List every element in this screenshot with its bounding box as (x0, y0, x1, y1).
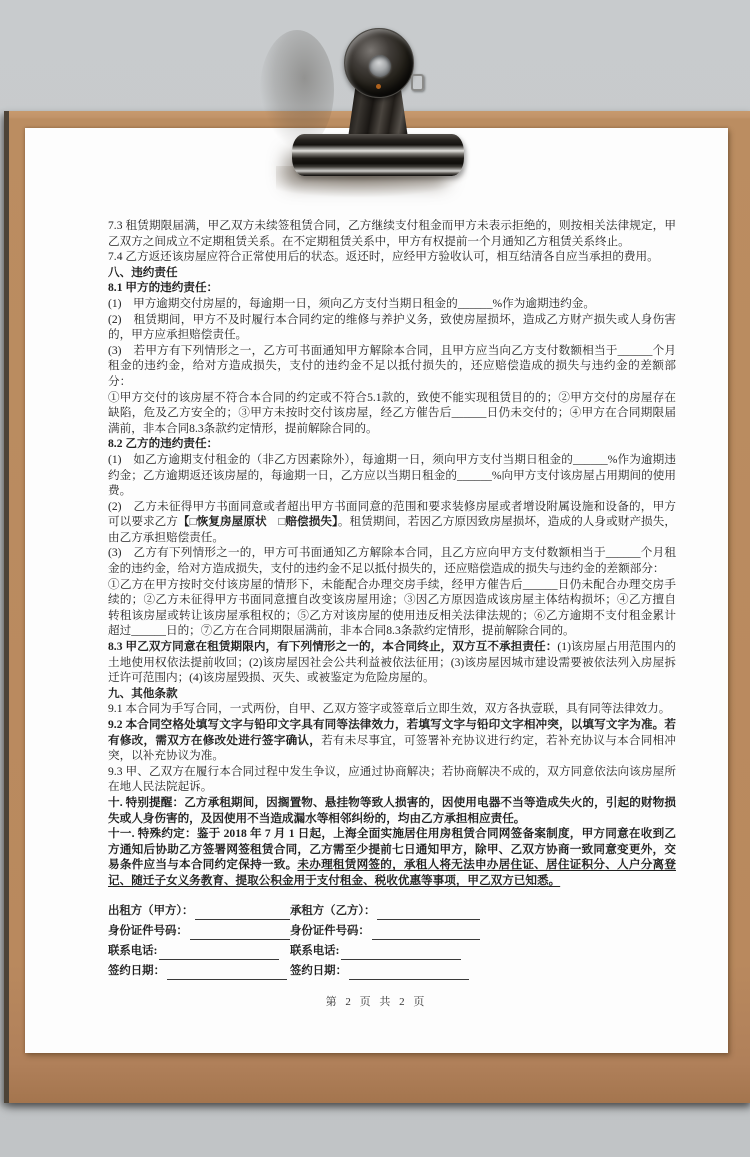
text-run: (1) 甲方逾期交付房屋的，每逾期一日，须向乙方支付当期日租金的______%作… (108, 297, 595, 310)
signature-label: 签约日期： (290, 964, 347, 980)
clipboard-layer: 7.3 租赁期限届满，甲乙双方未续签租赁合同，乙方继续支付租金而甲方未表示拒绝的… (4, 111, 748, 1103)
paragraph: 9.3 甲、乙双方在履行本合同过程中发生争议，应通过协商解决；若协商解决不成的，… (108, 764, 676, 795)
paragraph: (3) 乙方有下列情形之一的，甲方可书面通知乙方解除本合同，且乙方应向甲方支付数… (108, 545, 676, 576)
paragraph: 9.2 本合同空格处填写文字与铅印文字具有同等法律效力，若填写文字与铅印文字相冲… (108, 717, 676, 764)
signature-blank-line (159, 947, 279, 960)
signature-row: 出租方（甲方）： (108, 903, 290, 920)
paragraph: 十一. 特殊约定：鉴于 2018 年 7 月 1 日起，上海全面实施居住用房租赁… (108, 826, 676, 888)
text-run: 9.3 甲、乙双方在履行本合同过程中发生争议，应通过协商解决；若协商解决不成的，… (108, 765, 676, 794)
signature-row: 身份证件号码： (290, 923, 480, 940)
paragraph: (3) 若甲方有下列情形之一，乙方可书面通知甲方解除本合同，且甲方应当向乙方支付… (108, 343, 676, 390)
signature-blank-line (377, 907, 480, 920)
text-run: 8.1 甲方的违约责任： (108, 281, 218, 294)
text-run: (3) 乙方有下列情形之一的，甲方可书面通知乙方解除本合同，且乙方应向甲方支付数… (108, 546, 676, 575)
paragraph: 8.3 甲乙双方同意在租赁期限内，有下列情形之一的，本合同终止，双方互不承担责任… (108, 639, 676, 686)
page-number: 第 2 页 共 2 页 (25, 993, 728, 1009)
text-run: ①乙方在甲方按时交付该房屋的情形下，未能配合办理交房手续，经甲方催告后_____… (108, 578, 676, 638)
signature-label: 签约日期： (108, 964, 165, 980)
signature-blank-line (195, 907, 290, 920)
desk-background: { "scene": { "object": "metal-binder-cli… (0, 0, 750, 1157)
paragraph: 九、其他条款 (108, 686, 676, 702)
binder-clip (288, 26, 468, 178)
text-run: (2) 租赁期间，甲方不及时履行本合同约定的维修与养护义务，致使房屋损坏，造成乙… (108, 313, 676, 342)
signature-label: 出租方（甲方）： (108, 904, 193, 920)
contract-body: 7.3 租赁期限届满，甲乙双方未续签租赁合同，乙方继续支付租金而甲方未表示拒绝的… (25, 128, 728, 983)
signature-blank-line (341, 947, 461, 960)
paragraph: (1) 甲方逾期交付房屋的，每逾期一日，须向乙方支付当期日租金的______%作… (108, 296, 676, 312)
clip-bar (292, 134, 464, 176)
contract-paper: 7.3 租赁期限届满，甲乙双方未续签租赁合同，乙方继续支付租金而甲方未表示拒绝的… (25, 128, 728, 1053)
paragraph: 9.1 本合同为手写合同，一式两份，自甲、乙双方签字或签章后立即生效，双方各执壹… (108, 701, 676, 717)
paragraph: (1) 如乙方逾期支付租金的（非乙方因素除外），每逾期一日，须向甲方支付当期日租… (108, 452, 676, 499)
paragraph: (2) 乙方未征得甲方书面同意或者超出甲方书面同意的范围和要求装修房屋或者增设附… (108, 499, 676, 546)
text-run: 十. 特别提醒：乙方承租期间，因搁置物、悬挂物等致人损害的，因使用电器不当等造成… (108, 796, 676, 825)
text-run: 【□恢复房屋原状 □赔偿损失】 (178, 515, 338, 528)
signature-row: 签约日期： (108, 963, 290, 980)
signature-row: 签约日期： (290, 963, 480, 980)
signature-row: 承租方（乙方）： (290, 903, 480, 920)
text-run: ①甲方交付的该房屋不符合本合同的约定或不符合5.1款的，致使不能实现租赁目的的；… (108, 391, 676, 435)
signature-blank-line (167, 967, 287, 980)
paragraph: 7.3 租赁期限届满，甲乙双方未续签租赁合同，乙方继续支付租金而甲方未表示拒绝的… (108, 218, 676, 249)
signature-label: 联系电话: (290, 944, 339, 960)
text-run: (1) 如乙方逾期支付租金的（非乙方因素除外），每逾期一日，须向甲方支付当期日租… (108, 453, 676, 497)
signature-label: 联系电话: (108, 944, 157, 960)
signature-column-lessor: 出租方（甲方）：身份证件号码：联系电话:签约日期： (108, 903, 290, 983)
clip-hole (369, 55, 391, 77)
text-run: 8.2 乙方的违约责任： (108, 437, 218, 450)
paragraph: 7.4 乙方返还该房屋应符合正常使用后的状态。返还时，应经甲方验收认可，相互结清… (108, 249, 676, 265)
signature-block: 出租方（甲方）：身份证件号码：联系电话:签约日期：承租方（乙方）：身份证件号码：… (108, 903, 676, 983)
text-run: 7.3 租赁期限届满，甲乙双方未续签租赁合同，乙方继续支付租金而甲方未表示拒绝的… (108, 219, 676, 248)
clip-shadow (260, 30, 334, 150)
paragraph: 8.1 甲方的违约责任： (108, 280, 676, 296)
paragraph: ①乙方在甲方按时交付该房屋的情形下，未能配合办理交房手续，经甲方催告后_____… (108, 577, 676, 639)
signature-row: 身份证件号码： (108, 923, 290, 940)
signature-blank-line (349, 967, 469, 980)
text-run: (3) 若甲方有下列情形之一，乙方可书面通知甲方解除本合同，且甲方应当向乙方支付… (108, 344, 676, 388)
signature-label: 身份证件号码： (290, 924, 370, 940)
paragraph: 8.2 乙方的违约责任： (108, 436, 676, 452)
signature-blank-line (190, 927, 290, 940)
signature-column-lessee: 承租方（乙方）：身份证件号码：联系电话:签约日期： (290, 903, 480, 983)
clip-glint (376, 84, 381, 89)
signature-row: 联系电话: (290, 943, 480, 960)
clip-knob (344, 28, 414, 98)
text-run: 八、违约责任 (108, 266, 178, 279)
signature-row: 联系电话: (108, 943, 290, 960)
text-run: 7.4 乙方返还该房屋应符合正常使用后的状态。返还时，应经甲方验收认可，相互结清… (108, 250, 659, 263)
paragraph: 十. 特别提醒：乙方承租期间，因搁置物、悬挂物等致人损害的，因使用电器不当等造成… (108, 795, 676, 826)
signature-label: 承租方（乙方）： (290, 904, 375, 920)
text-run: 9.1 本合同为手写合同，一式两份，自甲、乙双方签字或签章后立即生效，双方各执壹… (108, 702, 670, 715)
text-run: 九、其他条款 (108, 687, 178, 700)
text-run: 8.3 甲乙双方同意在租赁期限内，有下列情形之一的，本合同终止，双方互不承担责任… (108, 640, 557, 653)
signature-blank-line (372, 927, 480, 940)
paragraph: ①甲方交付的该房屋不符合本合同的约定或不符合5.1款的，致使不能实现租赁目的的；… (108, 390, 676, 437)
paragraph: 八、违约责任 (108, 265, 676, 281)
clip-wire-loop (411, 74, 424, 91)
paragraph: (2) 租赁期间，甲方不及时履行本合同约定的维修与养护义务，致使房屋损坏，造成乙… (108, 312, 676, 343)
signature-label: 身份证件号码： (108, 924, 188, 940)
